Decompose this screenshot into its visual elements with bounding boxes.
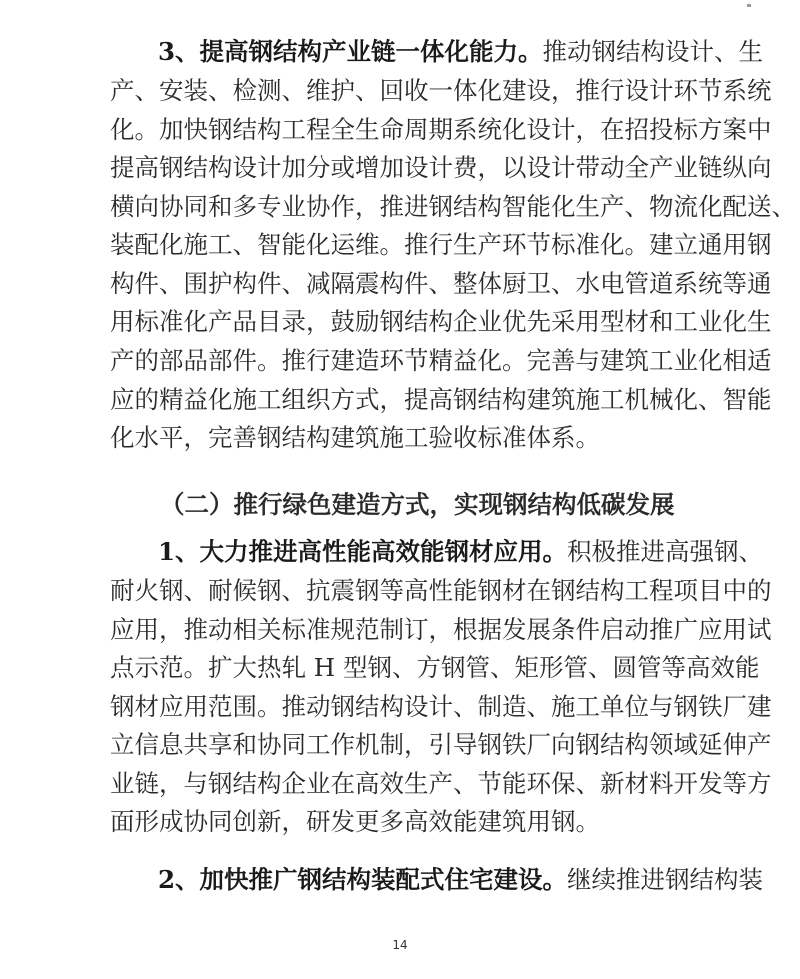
paragraph-item-3-heading-line: 3、提高钢结构产业链一体化能力。推动钢结构设计、生: [158, 33, 700, 71]
text-line: 点示范。扩大热轧 H 型钢、方钢管、矩形管、圆管等高效能: [110, 649, 700, 687]
text-line: 立信息共享和协同工作机制，引导钢铁厂向钢结构领域延伸产: [110, 726, 700, 764]
text-line: 产、安装、检测、维护、回收一体化建设，推行设计环节系统: [110, 72, 700, 110]
text: 积极推进高强钢、: [567, 537, 763, 566]
text-line: 用标准化产品目录，鼓励钢结构企业优先采用型材和工业化生: [110, 303, 700, 341]
text-line: 化水平，完善钢结构建筑施工验收标准体系。: [110, 419, 700, 457]
text-line: 应的精益化施工组织方式，提高钢结构建筑施工机械化、智能: [110, 381, 700, 419]
text-line: 耐火钢、耐候钢、抗震钢等高性能钢材在钢结构工程项目中的: [110, 572, 700, 610]
text: 继续推进钢结构装: [567, 865, 763, 894]
scan-artifact: [747, 4, 751, 7]
item-3-title: 3、提高钢结构产业链一体化能力。: [158, 37, 543, 66]
text-line: 产的部品部件。推行建造环节精益化。完善与建筑工业化相适: [110, 342, 700, 380]
page-number: 14: [0, 938, 800, 952]
text-line: 面形成协同创新，研发更多高效能建筑用钢。: [110, 803, 700, 841]
text-line: 业链，与钢结构企业在高效生产、节能环保、新材料开发等方: [110, 765, 700, 803]
document-page: 3、提高钢结构产业链一体化能力。推动钢结构设计、生 产、安装、检测、维护、回收一…: [0, 0, 800, 979]
text-line: 构件、围护构件、减隔震构件、整体厨卫、水电管道系统等通: [110, 265, 700, 303]
text-line: 横向协同和多专业协作，推进钢结构智能化生产、物流化配送、: [110, 188, 700, 226]
item-1-title: 1、大力推进高性能高效能钢材应用。: [158, 537, 567, 566]
paragraph-item-1-heading-line: 1、大力推进高性能高效能钢材应用。积极推进高强钢、: [158, 533, 700, 571]
text-line: 应用，推动相关标准规范制订，根据发展条件启动推广应用试: [110, 611, 700, 649]
text-line: 钢材应用范围。推动钢结构设计、制造、施工单位与钢铁厂建: [110, 688, 700, 726]
item-2-title: 2、加快推广钢结构装配式住宅建设。: [158, 865, 567, 894]
paragraph-item-2-heading-line: 2、加快推广钢结构装配式住宅建设。继续推进钢结构装: [158, 861, 700, 899]
text-line: 化。加快钢结构工程全生命周期系统化设计，在招投标方案中: [110, 111, 700, 149]
section-heading-2: （二）推行绿色建造方式，实现钢结构低碳发展: [160, 486, 675, 524]
text-line: 提高钢结构设计加分或增加设计费，以设计带动全产业链纵向: [110, 149, 700, 187]
text-line: 装配化施工、智能化运维。推行生产环节标准化。建立通用钢: [110, 226, 700, 264]
text: 推动钢结构设计、生: [543, 37, 764, 66]
